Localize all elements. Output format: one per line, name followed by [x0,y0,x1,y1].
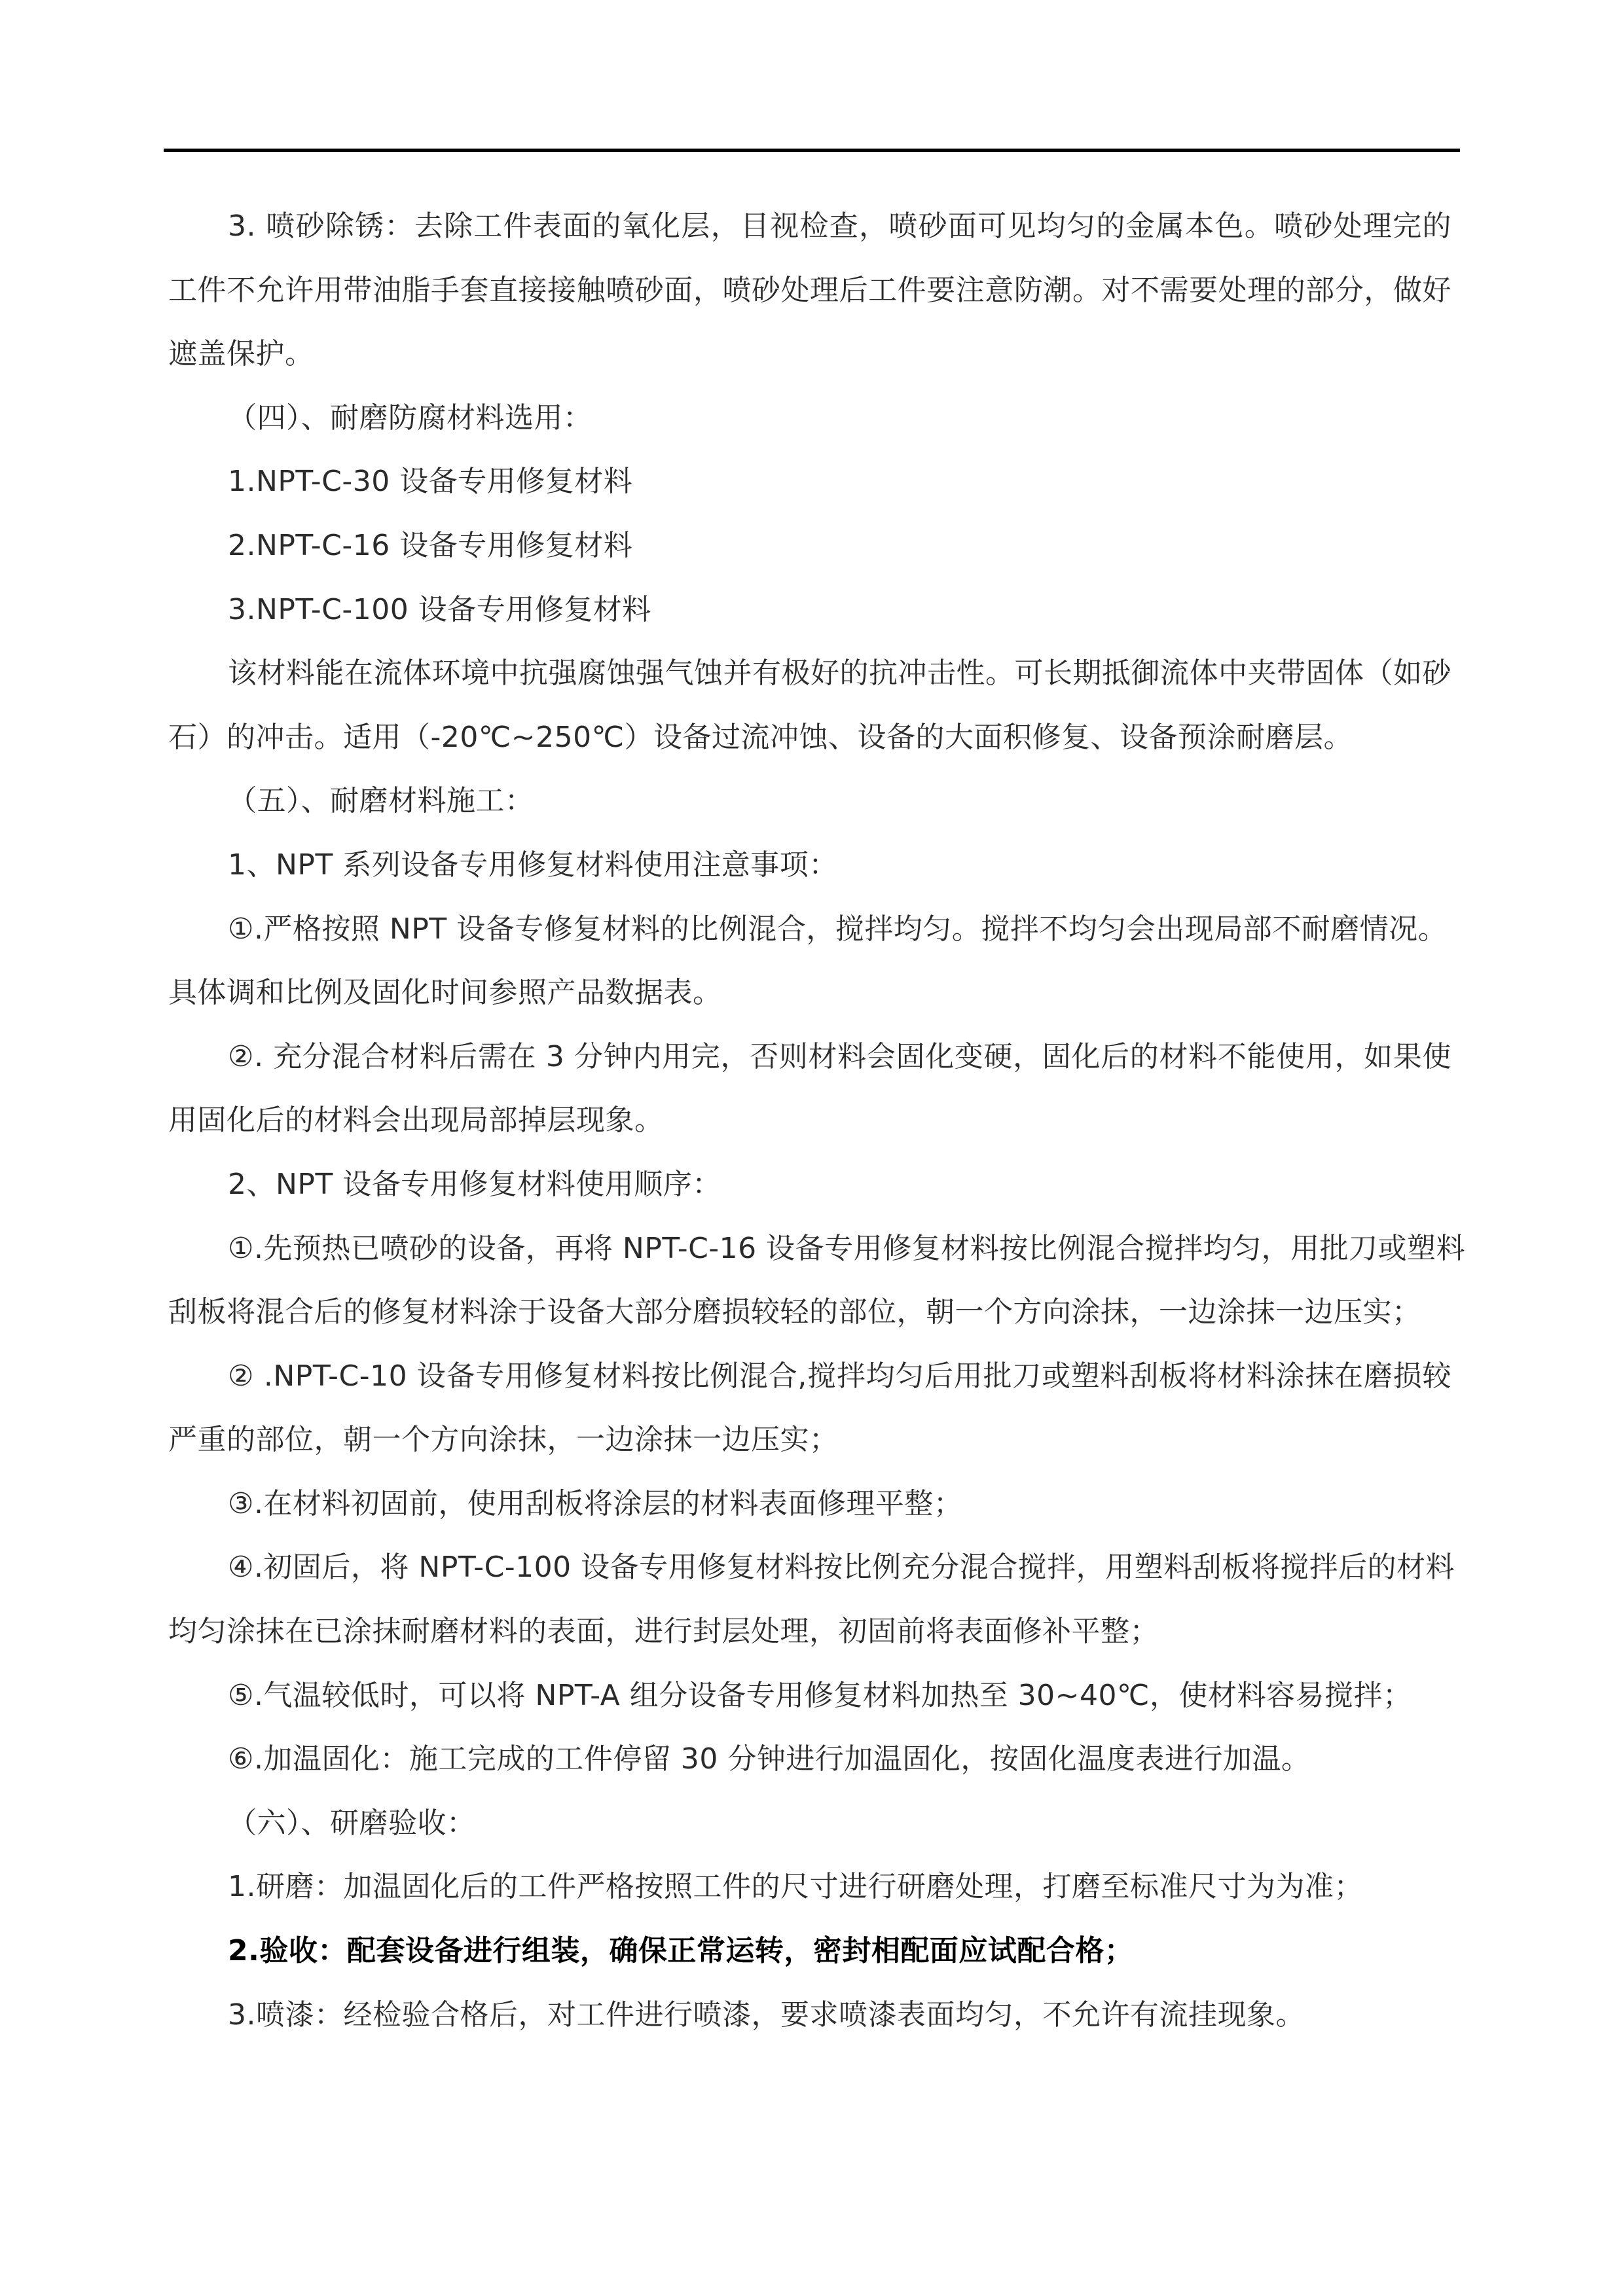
header-rule [164,149,1460,152]
paragraph-line: 该材料能在流体环境中抗强腐蚀强气蚀并有极好的抗冲击性。可长期抵御流体中夹带固体（… [168,641,1451,706]
list-item: ②. 充分混合材料后需在 3 分钟内用完，否则材料会固化变硬，固化后的材料不能使… [168,1025,1451,1089]
paragraph-line: 石）的冲击。适用（-20℃~250℃）设备过流冲蚀、设备的大面积修复、设备预涂耐… [168,706,1451,770]
paragraph-line: 刮板将混合后的修复材料涂于设备大部分磨损较轻的部位，朝一个方向涂抹，一边涂抹一边… [168,1280,1451,1344]
list-item: 3.NPT-C-100 设备专用修复材料 [168,578,1451,642]
list-item: ①.先预热已喷砂的设备，再将 NPT-C-16 设备专用修复材料按比例混合搅拌均… [168,1217,1451,1281]
list-item: 1.研磨：加温固化后的工件严格按照工件的尺寸进行研磨处理，打磨至标准尺寸为为准； [168,1855,1451,1919]
section-heading: （四）、耐磨防腐材料选用： [168,386,1451,450]
list-item: 2.验收：配套设备进行组装，确保正常运转，密封相配面应试配合格； [168,1919,1451,1983]
subsection-heading: 1、NPT 系列设备专用修复材料使用注意事项： [168,833,1451,897]
section-heading: （五）、耐磨材料施工： [168,769,1451,833]
list-item: ⑥.加温固化：施工完成的工件停留 30 分钟进行加温固化，按固化温度表进行加温。 [168,1727,1451,1791]
list-item: 3.喷漆：经检验合格后，对工件进行喷漆，要求喷漆表面均匀，不允许有流挂现象。 [168,1983,1451,2047]
list-item: ② .NPT-C-10 设备专用修复材料按比例混合,搅拌均匀后用批刀或塑料刮板将… [168,1344,1451,1408]
paragraph-line: 工件不允许用带油脂手套直接接触喷砂面，喷砂处理后工件要注意防潮。对不需要处理的部… [168,259,1451,323]
document-body: 3. 喷砂除锈：去除工件表面的氧化层，目视检查，喷砂面可见均匀的金属本色。喷砂处… [168,194,1451,2047]
list-item: ③.在材料初固前，使用刮板将涂层的材料表面修理平整； [168,1472,1451,1536]
paragraph-line: 用固化后的材料会出现局部掉层现象。 [168,1088,1451,1153]
list-item: ①.严格按照 NPT 设备专修复材料的比例混合，搅拌均匀。搅拌不均匀会出现局部不… [168,897,1451,961]
list-item: 2.NPT-C-16 设备专用修复材料 [168,514,1451,578]
paragraph-line: 均匀涂抹在已涂抹耐磨材料的表面，进行封层处理，初固前将表面修补平整； [168,1600,1451,1664]
list-item: 1.NPT-C-30 设备专用修复材料 [168,450,1451,514]
paragraph-line: 3. 喷砂除锈：去除工件表面的氧化层，目视检查，喷砂面可见均匀的金属本色。喷砂处… [168,194,1451,259]
paragraph-line: 严重的部位，朝一个方向涂抹，一边涂抹一边压实； [168,1408,1451,1472]
list-item: ④.初固后，将 NPT-C-100 设备专用修复材料按比例充分混合搅拌，用塑料刮… [168,1535,1451,1600]
paragraph-line: 具体调和比例及固化时间参照产品数据表。 [168,961,1451,1025]
subsection-heading: 2、NPT 设备专用修复材料使用顺序： [168,1153,1451,1217]
paragraph-line: 遮盖保护。 [168,322,1451,386]
list-item: ⑤.气温较低时，可以将 NPT-A 组分设备专用修复材料加热至 30~40℃，使… [168,1664,1451,1728]
section-heading: （六）、研磨验收： [168,1791,1451,1856]
